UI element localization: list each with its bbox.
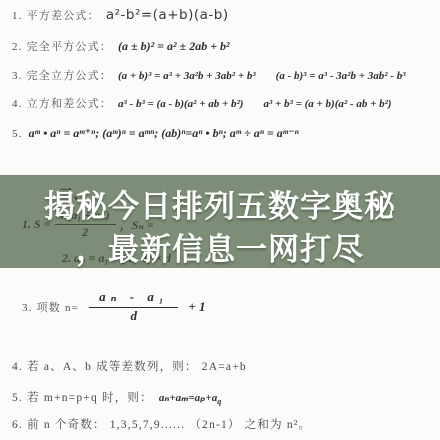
formula-5-label: 5. [12, 128, 23, 140]
formula-line-cube-sum-difference: 4. 立方和差公式： a³ - b³ = (a - b)(a² + ab + b… [12, 95, 392, 111]
formula-line-square-difference: 1. 平方差公式： a²-b²=(a+b)(a-b) [12, 7, 229, 23]
index-sum-expression: aₙ+aₘ=aₚ+aq [159, 391, 221, 406]
index-sum-pre: 5. 若 m+n=p+q 时，则： [12, 389, 153, 405]
term-count-suffix: + 1 [188, 299, 205, 315]
odd-number-sum-text: 6. 前 n 个奇数： 1,3,5,7,9...... （2n-1） 之和为 n… [12, 416, 311, 432]
formula-line-index-sum-property: 5. 若 m+n=p+q 时，则： aₙ+aₘ=aₚ+aq [12, 389, 221, 406]
formula-line-perfect-cube: 3. 完全立方公式： (a + b)³ = a³ + 3a²b + 3ab² +… [12, 67, 406, 83]
banner-headline-line2: ，最新信息一网打尽 [0, 224, 440, 269]
index-sum-subscript: q [217, 397, 221, 406]
formula-4-expression-1: a³ - b³ = (a - b)(a² + ab + b²) [118, 98, 243, 110]
banner-headline-line1: 揭秘今日排列五数字奥秘 [0, 181, 440, 226]
fraction-numerator: aₙ - a₁ [89, 290, 178, 308]
fraction-denominator: d [130, 308, 137, 324]
term-count-fraction: aₙ - a₁ d [89, 290, 178, 324]
formula-1-expression: a²-b²=(a+b)(a-b) [106, 7, 229, 23]
index-sum-main: aₙ+aₘ=aₚ+a [159, 392, 217, 404]
arithmetic-mean-text: 4. 若 a、A、b 成等差数列，则： 2A=a+b [12, 358, 247, 374]
formula-line-perfect-square: 2. 完全平方公式： (a ± b)² = a² ± 2ab + b² [12, 38, 230, 54]
formula-2-expression: (a ± b)² = a² ± 2ab + b² [118, 39, 230, 54]
formula-3-expression-1: (a + b)³ = a³ + 3a²b + 3ab² + b³ [118, 70, 256, 82]
formula-3-label: 3. 完全立方公式： [12, 67, 112, 83]
formula-line-odd-number-sum: 6. 前 n 个奇数： 1,3,5,7,9...... （2n-1） 之和为 n… [12, 416, 311, 432]
formula-1-label: 1. 平方差公式： [12, 7, 100, 23]
document-page: 1. 平方差公式： a²-b²=(a+b)(a-b) 2. 完全平方公式： (a… [0, 0, 440, 440]
formula-4-expression-2: a³ + b³ = (a + b)(a² - ab + b²) [263, 98, 391, 110]
formula-5-expression: aᵐ • aⁿ = aᵐ⁺ⁿ; (aᵐ)ⁿ = aᵐⁿ; (ab)ⁿ=aⁿ • … [29, 126, 299, 141]
promo-banner[interactable]: 二、 1. S = n(a₁ + aₙ) 2 ，Sₙ = 2. aₙ = a₁ … [0, 175, 440, 268]
term-count-label: 3. 项数 n= [22, 299, 79, 315]
formula-2-label: 2. 完全平方公式： [12, 38, 112, 54]
formula-4-label: 4. 立方和差公式： [12, 95, 112, 111]
formula-3-expression-2: (a - b)³ = a³ - 3a²b + 3ab² - b³ [276, 70, 406, 82]
formula-line-term-count: 3. 项数 n= aₙ - a₁ d + 1 [22, 290, 206, 324]
formula-line-exponent-rules: 5. aᵐ • aⁿ = aᵐ⁺ⁿ; (aᵐ)ⁿ = aᵐⁿ; (ab)ⁿ=aⁿ… [12, 126, 299, 141]
formula-line-arithmetic-mean: 4. 若 a、A、b 成等差数列，则： 2A=a+b [12, 358, 247, 374]
